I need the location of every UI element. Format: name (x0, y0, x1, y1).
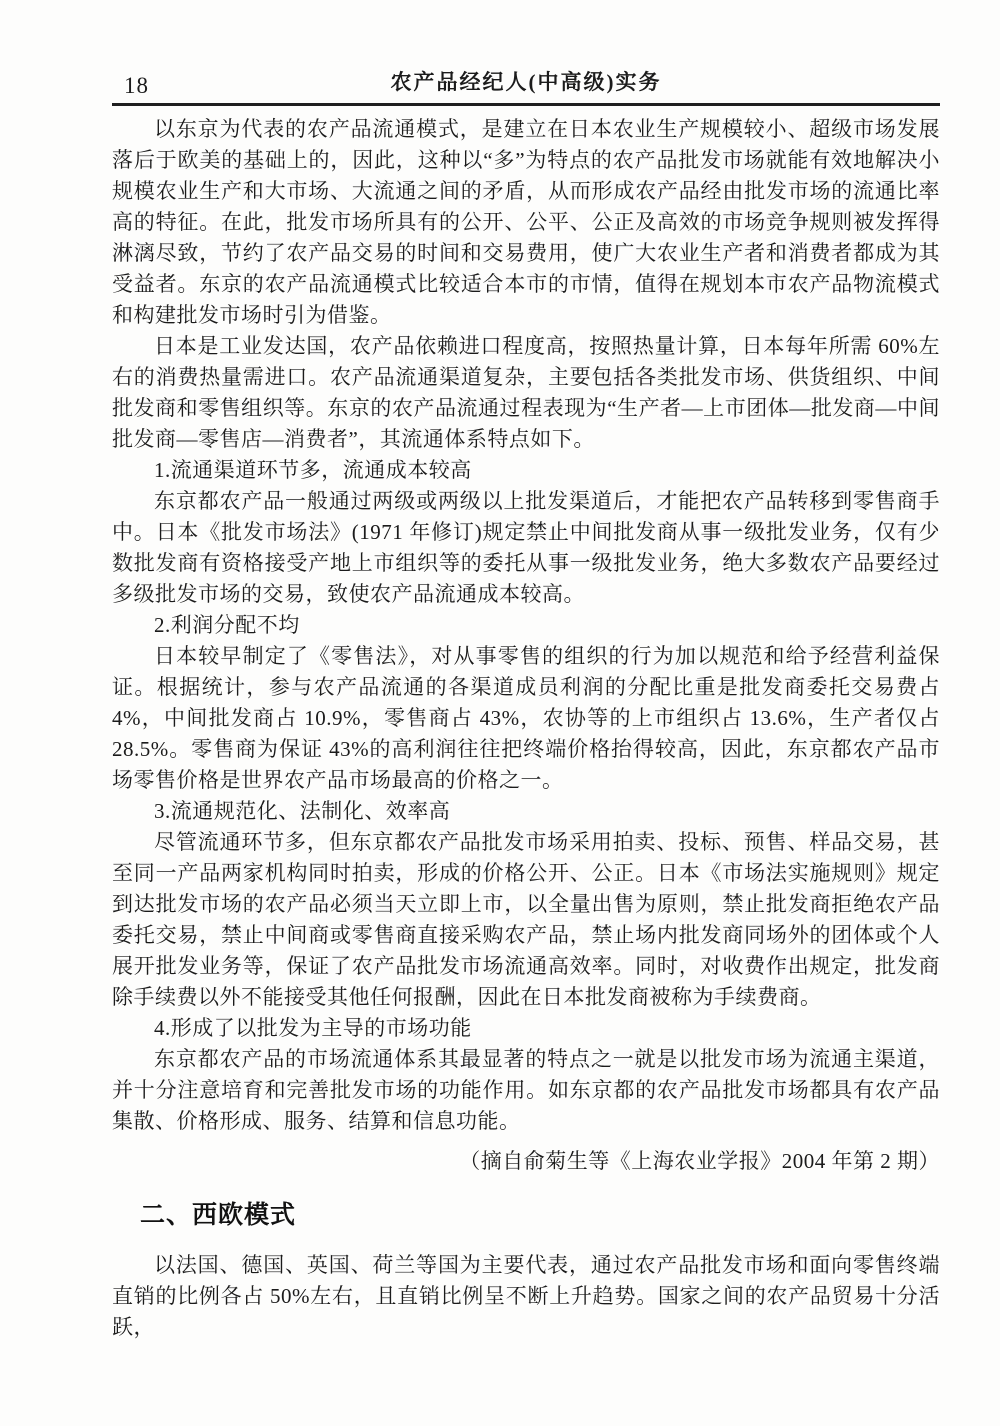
section-heading-west-europe: 二、西欧模式 (140, 1200, 940, 1231)
subsection-heading-3: 3.流通规范化、法制化、效率高 (112, 796, 940, 827)
subsection-heading-1: 1.流通渠道环节多，流通成本较高 (112, 455, 940, 486)
page-body: 以东京为代表的农产品流通模式，是建立在日本农业生产规模较小、超级市场发展落后于欧… (112, 114, 940, 1343)
intro-paragraph-2: 日本是工业发达国，农产品依赖进口程度高，按照热量计算，日本每年所需 60%左右的… (112, 331, 940, 455)
subsection-body-4: 东京都农产品的市场流通体系其最显著的特点之一就是以批发市场为流通主渠道，并十分注… (112, 1044, 940, 1137)
subsection-body-1: 东京都农产品一般通过两级或两级以上批发渠道后，才能把农产品转移到零售商手中。日本… (112, 486, 940, 610)
subsection-body-3: 尽管流通环节多，但东京都农产品批发市场采用拍卖、投标、预售、样品交易，甚至同一产… (112, 827, 940, 1013)
source-citation: （摘自俞菊生等《上海农业学报》2004 年第 2 期） (112, 1146, 940, 1177)
subsection-heading-4: 4.形成了以批发为主导的市场功能 (112, 1013, 940, 1044)
subsection-body-2: 日本较早制定了《零售法》，对从事零售的组织的行为加以规范和给予经营利益保证。根据… (112, 641, 940, 796)
west-europe-paragraph: 以法国、德国、英国、荷兰等国为主要代表，通过农产品批发市场和面向零售终端直销的比… (112, 1250, 940, 1343)
subsection-heading-2: 2.利润分配不均 (112, 610, 940, 641)
intro-paragraph-1: 以东京为代表的农产品流通模式，是建立在日本农业生产规模较小、超级市场发展落后于欧… (112, 114, 940, 331)
running-title: 农产品经纪人(中高级)实务 (112, 66, 940, 96)
book-page: 18 农产品经纪人(中高级)实务 以东京为代表的农产品流通模式，是建立在日本农业… (0, 0, 1000, 1426)
page-header: 18 农产品经纪人(中高级)实务 (112, 66, 940, 106)
page-number: 18 (124, 73, 149, 99)
